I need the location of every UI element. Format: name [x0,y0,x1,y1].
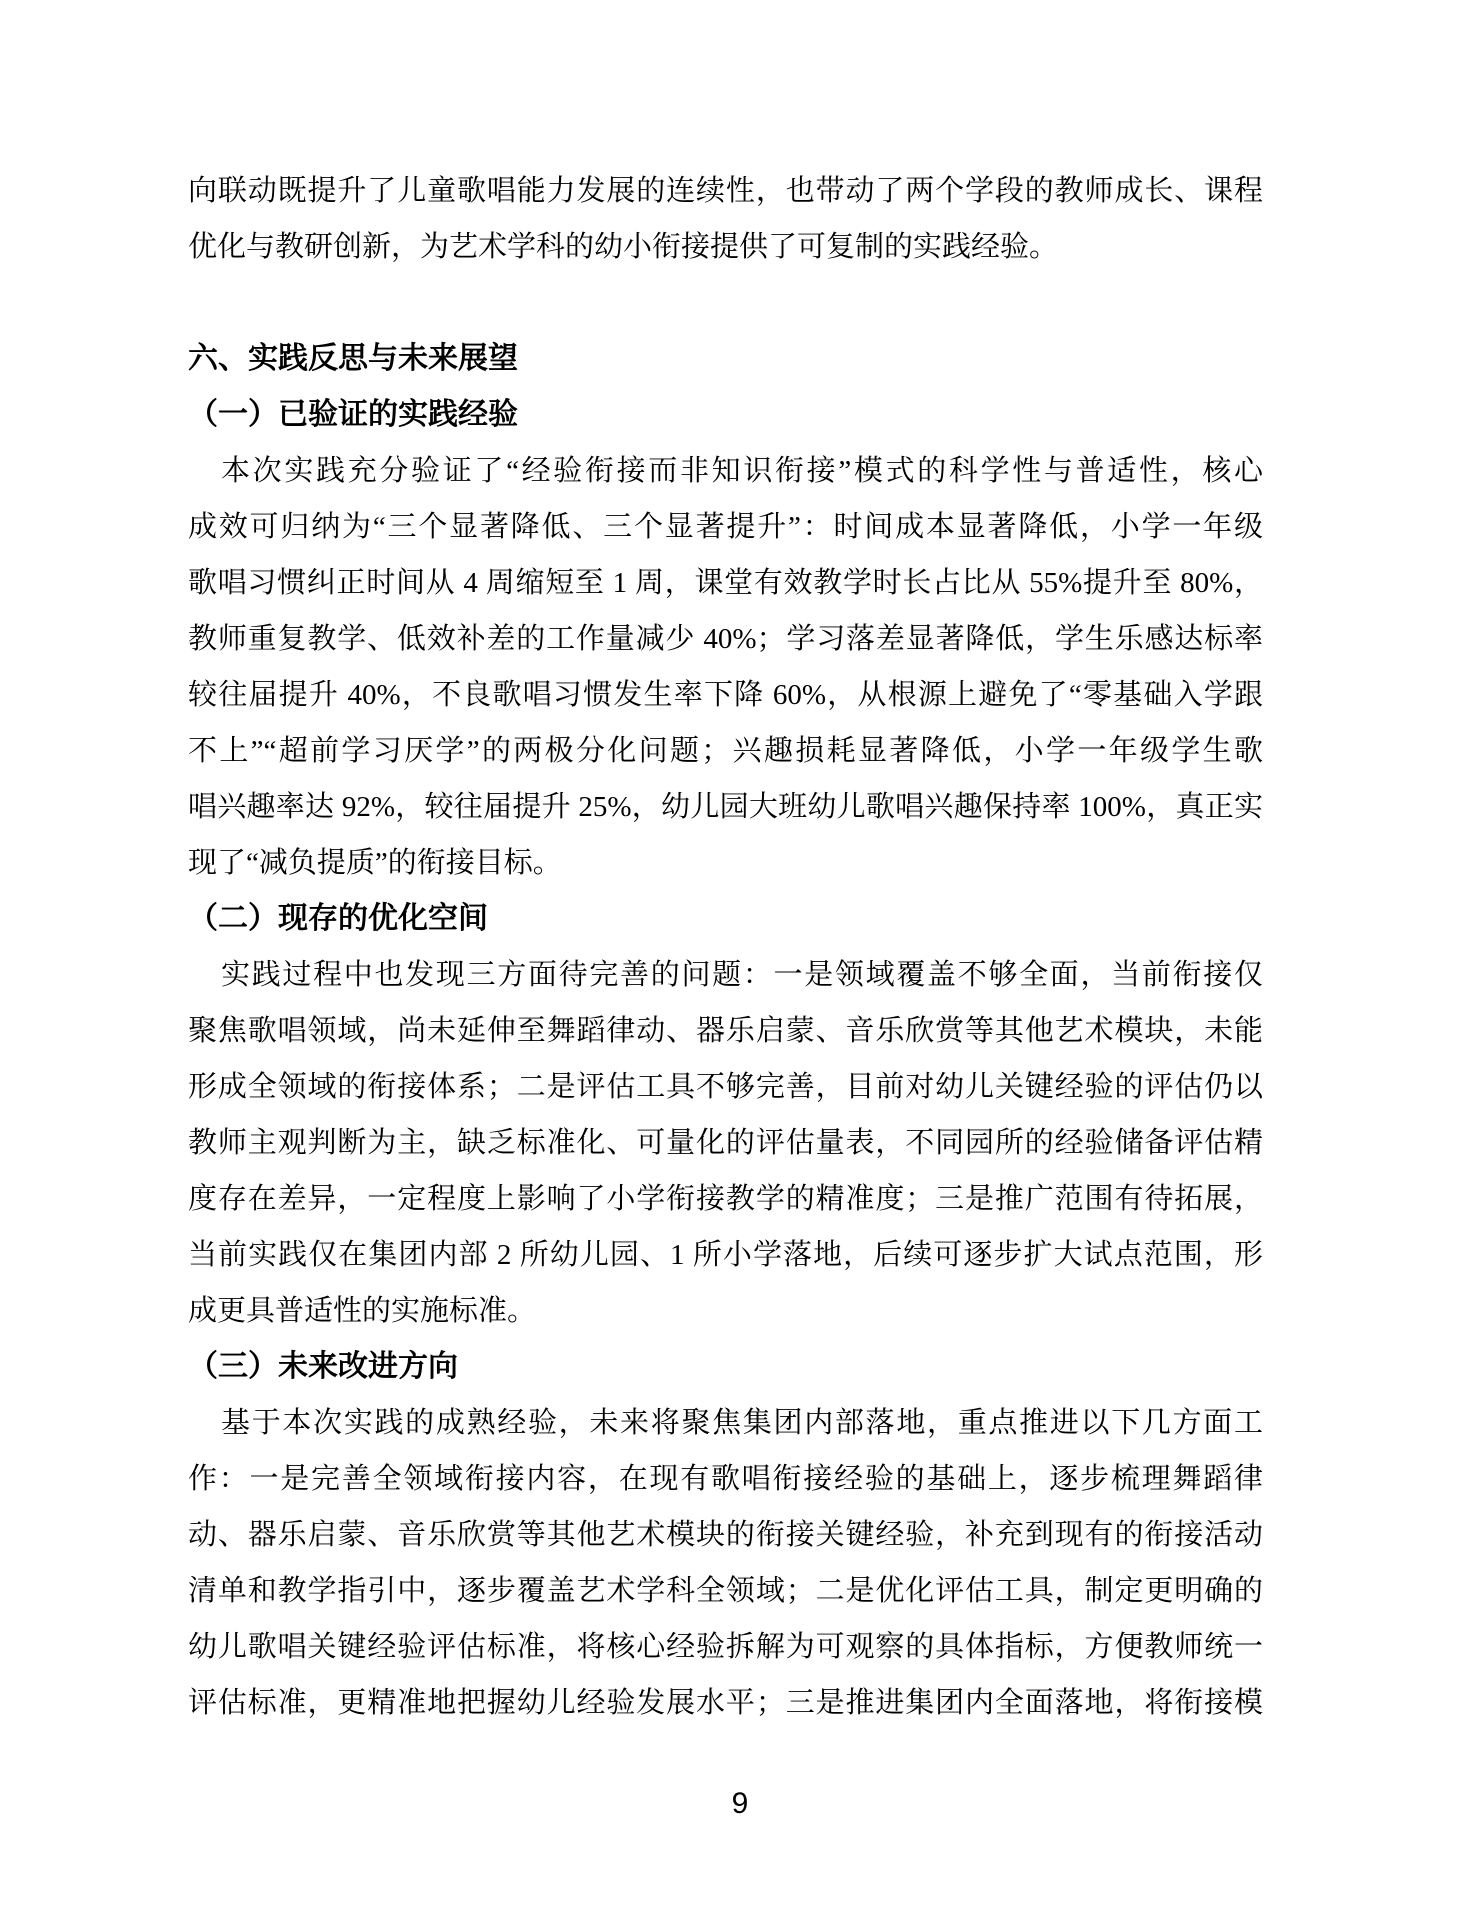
text-line: 评估标准，更精准地把握幼儿经验发展水平；三是推进集团内全面落地，将衔接模 [188,1675,1263,1731]
paragraph-2: 实践过程中也发现三方面待完善的问题：一是领域覆盖不够全面，当前衔接仅聚焦歌唱领域… [188,947,1263,1339]
text-line: 唱兴趣率达 92%，较往届提升 25%，幼儿园大班幼儿歌唱兴趣保持率 100%，… [188,779,1263,835]
text-line: 作：一是完善全领域衔接内容，在现有歌唱衔接经验的基础上，逐步梳理舞蹈律 [188,1451,1263,1507]
subsection-3-heading: （三）未来改进方向 [188,1339,1263,1395]
paragraph-intro-continuation: 向联动既提升了儿童歌唱能力发展的连续性，也带动了两个学段的教师成长、课程优化与教… [188,163,1263,275]
text-line: 实践过程中也发现三方面待完善的问题：一是领域覆盖不够全面，当前衔接仅 [188,947,1263,1003]
text-line: 较往届提升 40%，不良歌唱习惯发生率下降 60%，从根源上避免了“零基础入学跟 [188,667,1263,723]
text-line: 动、器乐启蒙、音乐欣赏等其他艺术模块的衔接关键经验，补充到现有的衔接活动 [188,1507,1263,1563]
text-line: 形成全领域的衔接体系；二是评估工具不够完善，目前对幼儿关键经验的评估仍以 [188,1059,1263,1115]
text-line: 当前实践仅在集团内部 2 所幼儿园、1 所小学落地，后续可逐步扩大试点范围，形 [188,1227,1263,1283]
document-text-block: 向联动既提升了儿童歌唱能力发展的连续性，也带动了两个学段的教师成长、课程优化与教… [188,163,1263,1731]
text-line: 聚焦歌唱领域，尚未延伸至舞蹈律动、器乐启蒙、音乐欣赏等其他艺术模块，未能 [188,1003,1263,1059]
text-line: 教师重复教学、低效补差的工作量减少 40%；学习落差显著降低，学生乐感达标率 [188,611,1263,667]
paragraph-1: 本次实践充分验证了“经验衔接而非知识衔接”模式的科学性与普适性，核心成效可归纳为… [188,443,1263,891]
text-line: 清单和教学指引中，逐步覆盖艺术学科全领域；二是优化评估工具，制定更明确的 [188,1563,1263,1619]
text-line: 成更具普适性的实施标准。 [188,1283,1263,1339]
text-line: 基于本次实践的成熟经验，未来将聚焦集团内部落地，重点推进以下几方面工 [188,1395,1263,1451]
text-line: 本次实践充分验证了“经验衔接而非知识衔接”模式的科学性与普适性，核心 [188,443,1263,499]
text-line: 向联动既提升了儿童歌唱能力发展的连续性，也带动了两个学段的教师成长、课程 [188,163,1263,219]
text-line: 现了“减负提质”的衔接目标。 [188,835,1263,891]
document-page: 向联动既提升了儿童歌唱能力发展的连续性，也带动了两个学段的教师成长、课程优化与教… [0,0,1480,1916]
text-line: 不上”“超前学习厌学”的两极分化问题；兴趣损耗显著降低，小学一年级学生歌 [188,723,1263,779]
subsection-2-heading: （二）现存的优化空间 [188,891,1263,947]
section-heading: 六、实践反思与未来展望 [188,331,1263,387]
text-line: 歌唱习惯纠正时间从 4 周缩短至 1 周，课堂有效教学时长占比从 55%提升至 … [188,555,1263,611]
text-line: 度存在差异，一定程度上影响了小学衔接教学的精准度；三是推广范围有待拓展， [188,1171,1263,1227]
page-number: 9 [0,1786,1480,1822]
text-line: 优化与教研创新，为艺术学科的幼小衔接提供了可复制的实践经验。 [188,219,1263,275]
paragraph-3: 基于本次实践的成熟经验，未来将聚焦集团内部落地，重点推进以下几方面工作：一是完善… [188,1395,1263,1731]
subsection-1-heading: （一）已验证的实践经验 [188,387,1263,443]
text-line: 幼儿歌唱关键经验评估标准，将核心经验拆解为可观察的具体指标，方便教师统一 [188,1619,1263,1675]
text-line: 教师主观判断为主，缺乏标准化、可量化的评估量表，不同园所的经验储备评估精 [188,1115,1263,1171]
text-line: 成效可归纳为“三个显著降低、三个显著提升”：时间成本显著降低，小学一年级 [188,499,1263,555]
